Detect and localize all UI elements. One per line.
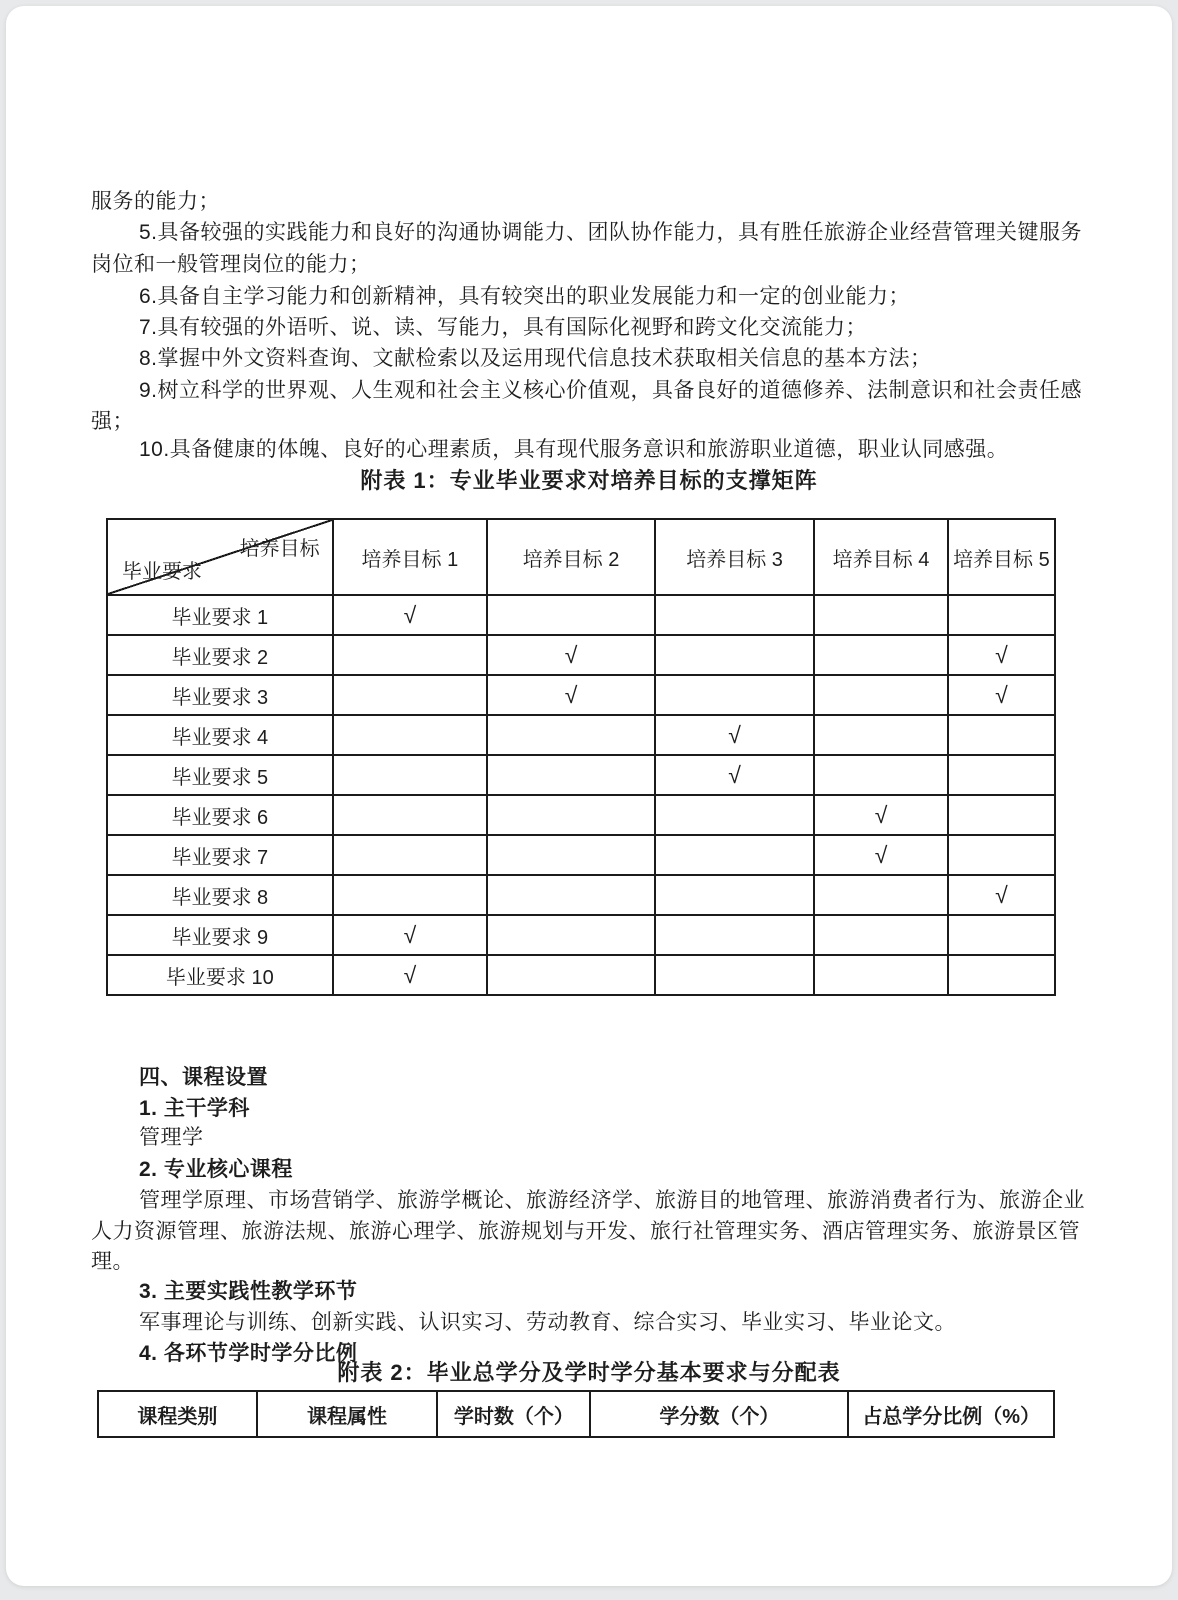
- matrix-cell: [487, 755, 655, 795]
- support-matrix-table: 培养目标 毕业要求 培养目标 1 培养目标 2 培养目标 3 培养目标 4 培养…: [106, 518, 1056, 996]
- matrix-cell: [814, 675, 948, 715]
- matrix-row: 毕业要求 3√√: [107, 675, 1055, 715]
- matrix-cell-checked: √: [948, 875, 1055, 915]
- matrix-row: 毕业要求 1√: [107, 595, 1055, 635]
- section-heading: 四、课程设置: [139, 1064, 268, 1091]
- allocation-header-row: 课程类别 课程属性 学时数（个） 学分数（个） 占总学分比例（%）: [98, 1391, 1054, 1437]
- matrix-row: 毕业要求 7√: [107, 835, 1055, 875]
- matrix-cell: [655, 875, 814, 915]
- row-label: 毕业要求 7: [107, 835, 333, 875]
- matrix-cell: [814, 875, 948, 915]
- col-header: 培养目标 4: [814, 519, 948, 595]
- table2-title: 附表 2：毕业总学分及学时学分基本要求与分配表: [6, 1356, 1172, 1387]
- matrix-cell: [487, 955, 655, 995]
- matrix-cell: [333, 635, 488, 675]
- matrix-cell: [487, 875, 655, 915]
- row-label: 毕业要求 2: [107, 635, 333, 675]
- subsection-body: 管理学: [139, 1124, 204, 1151]
- row-label: 毕业要求 3: [107, 675, 333, 715]
- matrix-row: 毕业要求 10√: [107, 955, 1055, 995]
- matrix-cell-checked: √: [814, 835, 948, 875]
- matrix-cell: [487, 595, 655, 635]
- matrix-cell-checked: √: [333, 955, 488, 995]
- matrix-cell: [948, 755, 1055, 795]
- subsection-heading: 1. 主干学科: [139, 1095, 250, 1122]
- subsection-heading: 3. 主要实践性教学环节: [139, 1278, 357, 1305]
- matrix-cell-checked: √: [487, 635, 655, 675]
- matrix-cell: [333, 715, 488, 755]
- intro-line: 9.树立科学的世界观、人生观和社会主义核心价值观，具备良好的道德修养、法制意识和…: [139, 377, 1082, 404]
- matrix-cell: [814, 715, 948, 755]
- row-label: 毕业要求 9: [107, 915, 333, 955]
- matrix-cell: [948, 595, 1055, 635]
- table1-title: 附表 1：专业毕业要求对培养目标的支撑矩阵: [6, 464, 1172, 495]
- col-header: 培养目标 5: [948, 519, 1055, 595]
- matrix-cell: [948, 715, 1055, 755]
- matrix-cell: [814, 635, 948, 675]
- col-header: 课程属性: [257, 1391, 438, 1437]
- col-header: 培养目标 2: [487, 519, 655, 595]
- matrix-cell: [487, 835, 655, 875]
- col-header: 培养目标 3: [655, 519, 814, 595]
- subsection-body: 军事理论与训练、创新实践、认识实习、劳动教育、综合实习、毕业实习、毕业论文。: [139, 1309, 956, 1336]
- matrix-cell: [814, 915, 948, 955]
- intro-line: 岗位和一般管理岗位的能力；: [91, 251, 371, 278]
- matrix-row: 毕业要求 2√√: [107, 635, 1055, 675]
- row-label: 毕业要求 10: [107, 955, 333, 995]
- document-page: 服务的能力； 5.具备较强的实践能力和良好的沟通协调能力、团队协作能力，具有胜任…: [6, 6, 1172, 1586]
- matrix-cell-checked: √: [948, 675, 1055, 715]
- intro-line: 10.具备健康的体魄、良好的心理素质，具有现代服务意识和旅游职业道德，职业认同感…: [139, 436, 1008, 463]
- matrix-cell-checked: √: [655, 715, 814, 755]
- subsection-body-line: 管理学原理、市场营销学、旅游学概论、旅游经济学、旅游目的地管理、旅游消费者行为、…: [139, 1187, 1085, 1214]
- matrix-cell: [655, 795, 814, 835]
- intro-line: 5.具备较强的实践能力和良好的沟通协调能力、团队协作能力，具有胜任旅游企业经营管…: [139, 219, 1082, 246]
- matrix-row: 毕业要求 4√: [107, 715, 1055, 755]
- row-label: 毕业要求 5: [107, 755, 333, 795]
- matrix-cell: [487, 715, 655, 755]
- matrix-cell: [814, 595, 948, 635]
- row-label: 毕业要求 1: [107, 595, 333, 635]
- matrix-cell-checked: √: [333, 595, 488, 635]
- matrix-cell-checked: √: [948, 635, 1055, 675]
- matrix-cell: [487, 795, 655, 835]
- matrix-cell: [333, 675, 488, 715]
- matrix-cell: [333, 795, 488, 835]
- subsection-body-line: 理。: [91, 1248, 134, 1275]
- row-label: 毕业要求 6: [107, 795, 333, 835]
- diagonal-corner-cell: 培养目标 毕业要求: [107, 519, 333, 595]
- col-header: 培养目标 1: [333, 519, 488, 595]
- col-header: 课程类别: [98, 1391, 257, 1437]
- col-header: 学分数（个）: [590, 1391, 848, 1437]
- matrix-cell-checked: √: [655, 755, 814, 795]
- matrix-cell: [655, 675, 814, 715]
- matrix-cell: [487, 915, 655, 955]
- matrix-cell: [655, 835, 814, 875]
- corner-label-top-right: 培养目标: [240, 532, 320, 561]
- matrix-body: 毕业要求 1√毕业要求 2√√毕业要求 3√√毕业要求 4√毕业要求 5√毕业要…: [107, 595, 1055, 995]
- matrix-cell-checked: √: [333, 915, 488, 955]
- matrix-cell: [333, 755, 488, 795]
- col-header: 学时数（个）: [437, 1391, 590, 1437]
- intro-line: 7.具有较强的外语听、说、读、写能力，具有国际化视野和跨文化交流能力；: [139, 314, 867, 341]
- credit-allocation-table: 课程类别 课程属性 学时数（个） 学分数（个） 占总学分比例（%）: [97, 1390, 1055, 1438]
- matrix-row: 毕业要求 5√: [107, 755, 1055, 795]
- matrix-cell: [948, 955, 1055, 995]
- intro-line: 服务的能力；: [91, 188, 220, 215]
- col-header: 占总学分比例（%）: [848, 1391, 1054, 1437]
- intro-line: 6.具备自主学习能力和创新精神，具有较突出的职业发展能力和一定的创业能力；: [139, 283, 910, 310]
- subsection-body-line: 人力资源管理、旅游法规、旅游心理学、旅游规划与开发、旅行社管理实务、酒店管理实务…: [91, 1218, 1080, 1245]
- row-label: 毕业要求 4: [107, 715, 333, 755]
- matrix-row: 毕业要求 6√: [107, 795, 1055, 835]
- matrix-cell: [814, 755, 948, 795]
- matrix-row: 毕业要求 9√: [107, 915, 1055, 955]
- matrix-cell: [948, 915, 1055, 955]
- matrix-cell: [655, 595, 814, 635]
- matrix-cell: [655, 635, 814, 675]
- matrix-cell: [814, 955, 948, 995]
- matrix-cell: [333, 875, 488, 915]
- matrix-cell: [948, 835, 1055, 875]
- matrix-cell: [948, 795, 1055, 835]
- matrix-cell: [655, 915, 814, 955]
- matrix-header-row: 培养目标 毕业要求 培养目标 1 培养目标 2 培养目标 3 培养目标 4 培养…: [107, 519, 1055, 595]
- intro-line: 强；: [91, 408, 134, 435]
- row-label: 毕业要求 8: [107, 875, 333, 915]
- matrix-row: 毕业要求 8√: [107, 875, 1055, 915]
- intro-line: 8.掌握中外文资料查询、文献检索以及运用现代信息技术获取相关信息的基本方法；: [139, 345, 932, 372]
- matrix-cell: [655, 955, 814, 995]
- matrix-cell-checked: √: [814, 795, 948, 835]
- matrix-cell: [333, 835, 488, 875]
- corner-label-bottom-left: 毕业要求: [122, 555, 202, 584]
- subsection-heading: 2. 专业核心课程: [139, 1156, 293, 1183]
- matrix-cell-checked: √: [487, 675, 655, 715]
